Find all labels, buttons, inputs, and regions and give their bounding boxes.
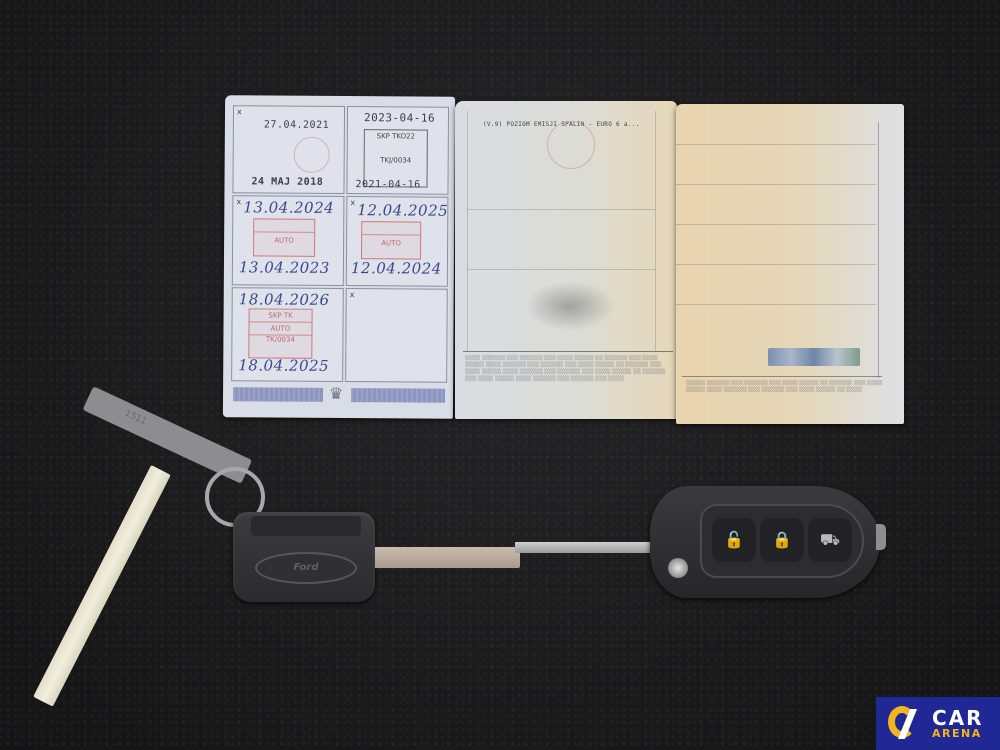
key-tag-number: 1511	[123, 409, 148, 428]
red-inspection-stamp: SKP TK AUTO TK/0034	[248, 308, 312, 358]
fob-tip	[876, 524, 886, 550]
polish-eagle-emblem-icon: ♛	[326, 383, 346, 405]
inspection-cell-2: 2023-04-16 SKP TKO22 TKJ/0034 2021-04-16	[346, 106, 449, 195]
car-arena-logo: CAR ARENA	[876, 697, 1000, 750]
page-rule	[655, 111, 656, 351]
stamp-label: AUTO	[249, 322, 311, 335]
registration-document-left-page: x 27.04.2021 24 MAJ 2018 2023-04-16 SKP …	[223, 95, 455, 419]
handwritten-date: 12.04.2025	[357, 201, 448, 220]
fob-button-panel: 🔓 🔒 ⛟	[700, 504, 864, 578]
page-rule	[676, 144, 876, 145]
cell-marker: x	[350, 198, 355, 207]
page-rule	[676, 304, 876, 305]
ford-logo-icon: Ford	[255, 552, 357, 584]
registration-document-right-page: ░░░░░ ░░░░░░ ░░░ ░░░░░░ ░░░ ░░░░ ░░░░░ ░…	[676, 104, 904, 424]
page-rule	[467, 111, 468, 351]
stamp-label: SKP TKO22	[367, 132, 425, 140]
handwritten-date: 12.04.2024	[351, 259, 442, 278]
inspection-cell-5: 18.04.2026 SKP TK AUTO TK/0034 18.04.202…	[231, 287, 344, 382]
red-round-stamp	[547, 121, 595, 169]
stamp-label: TKJ/0034	[367, 156, 425, 164]
cell-marker: x	[236, 197, 241, 206]
page-rule	[676, 224, 876, 225]
security-hologram	[768, 348, 860, 366]
registration-document-middle-page: (V.9) POZIOM EMISJI SPALIN - EURO 6 a...…	[455, 101, 677, 419]
legal-fine-print: ░░░░░ ░░░░░░ ░░░ ░░░░░░ ░░░ ░░░░ ░░░░░ ░…	[686, 380, 886, 412]
lock-icon: 🔒	[760, 518, 804, 562]
stamp-label: SKP TK	[250, 309, 312, 322]
unlock-icon: 🔓	[712, 518, 756, 562]
stamp-label: AUTO	[362, 235, 420, 247]
red-round-stamp	[294, 137, 330, 173]
legal-fine-print: ░░░░ ░░░░░░ ░░░ ░░░░░░ ░░░ ░░░░ ░░░░░ ░░…	[465, 355, 670, 411]
handwritten-date: 13.04.2023	[239, 258, 330, 277]
page-rule	[467, 209, 655, 210]
cell-marker: x	[350, 290, 355, 299]
mechanical-key-head: Ford	[233, 512, 375, 602]
stamp-date: 24 MAJ 2018	[251, 176, 323, 188]
logo-text-arena: ARENA	[932, 728, 984, 739]
document-band	[351, 388, 445, 403]
page-rule	[676, 184, 876, 185]
stamp-label: AUTO	[254, 232, 314, 244]
key-blade	[375, 547, 520, 568]
page-rule	[682, 376, 882, 377]
remote-key-blade	[515, 542, 650, 553]
trunk-icon: ⛟	[808, 518, 852, 562]
paper-label-tag	[33, 465, 171, 707]
logo-text-car: CAR	[932, 708, 984, 728]
inspection-cell-3: x 13.04.2024 AUTO 13.04.2023	[232, 195, 345, 286]
page-rule	[467, 269, 655, 270]
handwritten-date: 13.04.2024	[243, 198, 334, 217]
stamp-date: 2021-04-16	[355, 179, 420, 190]
stamp-label: TK/0034	[249, 335, 311, 343]
remote-key-fob: 🔓 🔒 ⛟	[650, 486, 880, 598]
stamp-date: 2023-04-16	[364, 111, 435, 124]
car-arena-logo-mark-icon	[888, 706, 924, 742]
handwritten-date: 18.04.2025	[238, 356, 329, 375]
cell-marker: x	[237, 107, 242, 116]
inspection-cell-4: x 12.04.2025 AUTO 12.04.2024	[346, 196, 449, 287]
page-rule	[878, 122, 879, 378]
page-rule	[463, 351, 673, 352]
page-rule	[676, 264, 876, 265]
key-head-groove	[251, 516, 361, 536]
inspection-cell-1: x 27.04.2021 24 MAJ 2018	[232, 105, 345, 194]
stamp-date: 27.04.2021	[264, 119, 329, 130]
document-band	[233, 387, 323, 402]
red-inspection-stamp: AUTO	[253, 218, 315, 256]
faded-print-area	[525, 281, 615, 331]
red-inspection-stamp: AUTO	[361, 221, 421, 259]
fob-release-button	[668, 558, 688, 578]
inspection-cell-6-empty: x	[345, 288, 448, 383]
handwritten-date: 18.04.2026	[239, 290, 330, 309]
